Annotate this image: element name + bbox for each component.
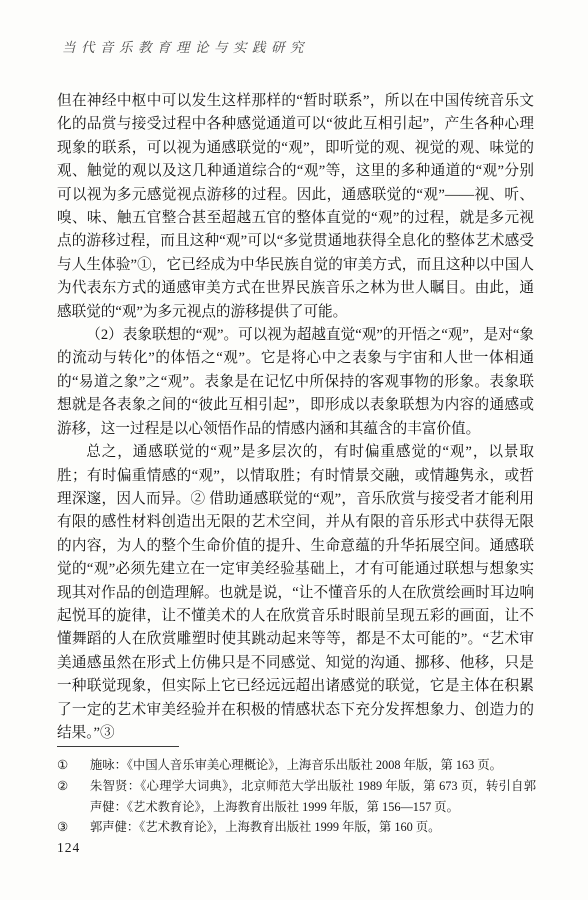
footnote-marker: ③	[57, 817, 90, 838]
footnote-marker: ①	[57, 755, 90, 776]
body-text: 但在神经中枢中可以发生这样那样的“暂时联系”，所以在中国传统音乐文化的品赏与接受…	[57, 90, 534, 745]
footnote-text: 郭声健：《艺术教育论》，上海教育出版社 1999 年版，第 160 页。	[90, 817, 536, 838]
footnote-separator	[57, 746, 179, 747]
body-paragraph: （2）表象联想的“观”。可以视为超越直觉“观”的开悟之“观”，是对“象的流动与转…	[57, 324, 534, 441]
footnote-marker: ②	[57, 776, 90, 818]
running-header: 当代音乐教育理论与实践研究	[62, 36, 309, 56]
footnote-text: 施咏：《中国人音乐审美心理概论》，上海音乐出版社 2008 年版，第 163 页…	[90, 755, 536, 776]
footnote: ③ 郭声健：《艺术教育论》，上海教育出版社 1999 年版，第 160 页。	[57, 817, 536, 838]
footnote: ① 施咏：《中国人音乐审美心理概论》，上海音乐出版社 2008 年版，第 163…	[57, 755, 536, 776]
body-paragraph: 但在神经中枢中可以发生这样那样的“暂时联系”，所以在中国传统音乐文化的品赏与接受…	[57, 90, 534, 324]
footnotes: ① 施咏：《中国人音乐审美心理概论》，上海音乐出版社 2008 年版，第 163…	[57, 755, 536, 838]
footnote-text: 朱智贤：《心理学大词典》，北京师范大学出版社 1989 年版，第 673 页，转…	[90, 776, 536, 818]
page-number: 124	[57, 840, 80, 856]
body-paragraph: 总之，通感联觉的“观”是多层次的，有时偏重感觉的“观”，以景取胜；有时偏重情感的…	[57, 441, 534, 745]
book-page: 当代音乐教育理论与实践研究 但在神经中枢中可以发生这样那样的“暂时联系”，所以在…	[0, 0, 588, 900]
footnote: ② 朱智贤：《心理学大词典》，北京师范大学出版社 1989 年版，第 673 页…	[57, 776, 536, 818]
